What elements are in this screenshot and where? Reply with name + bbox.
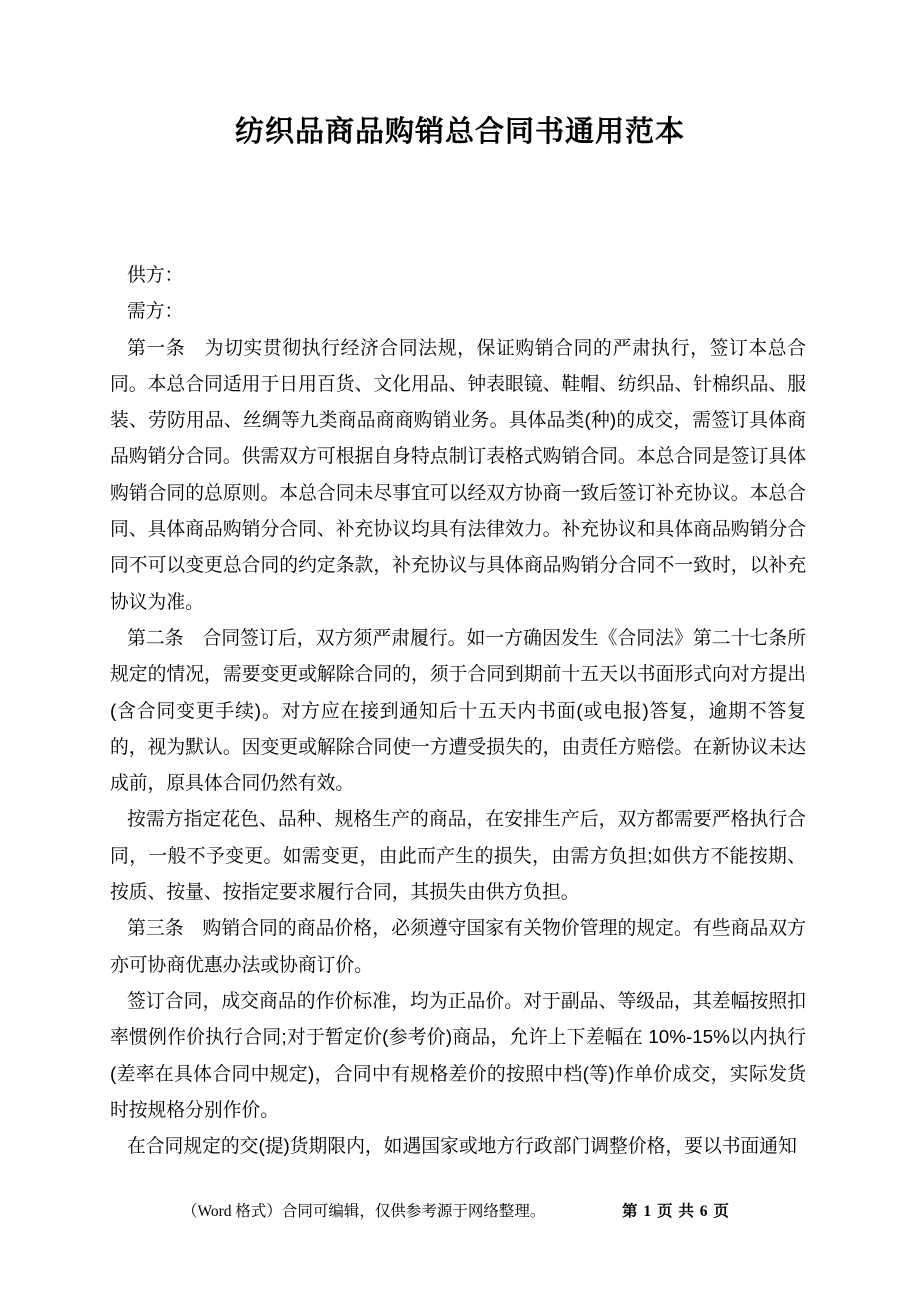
page-footer: （Word 格式）合同可编辑，仅供参考源于网络整理。 第 1 页 共 6 页	[0, 1200, 920, 1230]
paragraph-article-2-continuation: 按需方指定花色、品种、规格生产的商品，在安排生产后，双方都需要严格执行合同，一般…	[110, 801, 806, 910]
document-page: 纺织品商品购销总合同书通用范本 供方： 需方： 第一条 为切实贯彻执行经济合同法…	[0, 0, 920, 1302]
paragraph-article-1: 第一条 为切实贯彻执行经济合同法规，保证购销合同的严肃执行，签订本总合同。本总合…	[110, 330, 806, 620]
paragraph-article-3-pricing: 签订合同，成交商品的作价标准，均为正品价。对于副品、等级品，其差幅按照扣率惯例作…	[110, 983, 806, 1128]
paragraph-supplier: 供方：	[110, 257, 806, 293]
paragraph-article-2: 第二条 合同签订后，双方须严肃履行。如一方确因发生《合同法》第二十七条所规定的情…	[110, 620, 806, 801]
document-title: 纺织品商品购销总合同书通用范本	[0, 112, 920, 152]
paragraph-article-3: 第三条 购销合同的商品价格，必须遵守国家有关物价管理的规定。有些商品双方亦可协商…	[110, 910, 806, 983]
paragraph-article-3-delivery: 在合同规定的交(提)货期限内，如遇国家或地方行政部门调整价格，要以书面通知	[110, 1128, 806, 1164]
paragraph-buyer: 需方：	[110, 293, 806, 329]
document-body: 供方： 需方： 第一条 为切实贯彻执行经济合同法规，保证购销合同的严肃执行，签订…	[110, 257, 806, 1164]
footer-note: （Word 格式）合同可编辑，仅供参考源于网络整理。	[182, 1200, 545, 1224]
footer-page-indicator: 第 1 页 共 6 页	[622, 1200, 730, 1224]
